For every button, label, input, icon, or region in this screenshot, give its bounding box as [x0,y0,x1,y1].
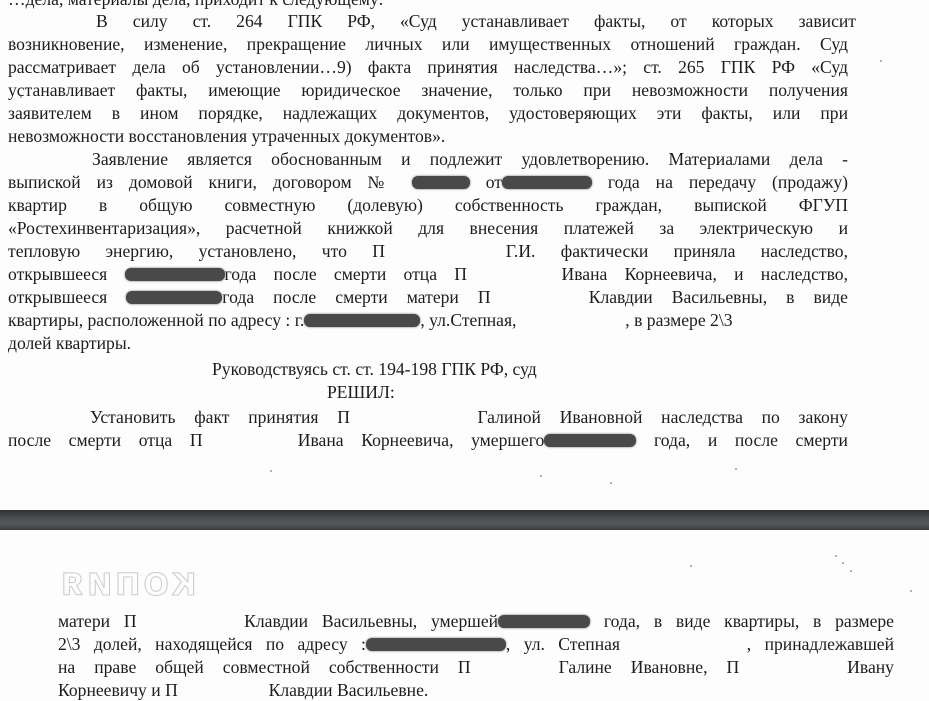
text: после смерти отца П [8,430,203,450]
text: Ивана Корнеевича, и наследство, [562,264,848,284]
text: Галиной Ивановной наследства по закону [477,407,848,427]
paragraph-2-line: квартиры, расположенной по адресу : г., … [8,309,848,331]
text: матери П [58,611,137,631]
redacted-date [126,291,222,304]
paragraph-2-line: долей квартиры. [8,332,848,354]
guided-by-line: Руководствуясь ст. ст. 194-198 ГПК РФ, с… [212,358,612,380]
cutoff-line: …дела, материалы дела, приходит к следую… [8,0,383,10]
paragraph-1-line: рассматривает дела об установлении…9) фа… [8,56,848,78]
document-page-1: …дела, материалы дела, приходит к следую… [0,0,929,510]
decision-line: после смерти отца П Ивана Корнеевича, ум… [8,429,848,451]
redacted-contract-number [412,176,470,189]
paragraph-1-line: устанавливает факты, имеющие юридическое… [8,79,848,101]
text: 2\3 долей, находящейся по адресу : [58,634,366,654]
text: , принадлежавшей [747,634,894,654]
page-separator [0,510,929,530]
text: Клавдии Васильевны, в виде [589,287,848,307]
text: Ивану [847,657,894,677]
paragraph-1-line: заявителем в ином порядке, надлежащих до… [8,102,848,124]
paragraph-2-line: «Ростехинвентаризация», расчетной книжко… [8,217,848,239]
redacted-city [304,314,420,327]
paragraph-1-line: В силу ст. 264 ГПК РФ, «Суд устанавливае… [8,10,856,32]
text: года после смерти матери П [222,287,490,307]
text: , ул.Степная, [420,310,516,330]
redacted-date [502,176,592,189]
page2-line: Корнеевичу и П Клавдии Васильевне. [58,679,894,701]
paragraph-2-line: тепловую энергию, установлено, что П Г.И… [8,240,848,262]
text: Установить факт принятия П [90,407,350,427]
redacted-date [498,615,590,628]
text: от [486,172,502,192]
page2-line: на праве общей совместной собственности … [58,656,894,678]
paragraph-2-line: Заявление является обоснованным и подлеж… [8,148,848,170]
paragraph-2-line: открывшееся года после смерти матери П К… [8,286,848,308]
paragraph-2-line: открывшееся года после смерти отца П Ива… [8,263,848,285]
text: на праве общей совместной собственности … [58,657,471,677]
copy-stamp: КОПИЯ [58,568,196,603]
decision-line: Установить факт принятия П Галиной Ивано… [8,406,848,428]
text: года на передачу (продажу) [608,172,848,192]
paragraph-1-line: невозможности восстановления утраченных … [8,125,848,147]
text: Ивана Корнеевича, умершего [298,430,545,450]
text: тепловую энергию, установлено, что П [8,241,385,261]
text: Г.И. фактически приняла наследство, [506,241,848,261]
text: Корнеевичу и П [58,680,178,700]
text: квартиры, расположенной по адресу : г. [8,310,304,330]
text: выпиской из домовой книги, договором № [8,172,396,192]
page2-line: матери П Клавдии Васильевны, умершей год… [58,610,894,632]
redacted-city [366,638,506,651]
text: , ул. Степная [506,634,620,654]
text: Клавдии Васильевны, умершей [244,611,498,631]
text: Клавдии Васильевне. [269,680,429,700]
text: года после смерти отца П [225,264,468,284]
paragraph-2-line: выпиской из домовой книги, договором № о… [8,171,848,193]
page2-line: 2\3 долей, находящейся по адресу :, ул. … [58,633,894,655]
paragraph-1-line: возникновение, изменение, прекращение ли… [8,33,848,55]
text: , в размере 2\3 [625,310,732,330]
redacted-date [544,434,636,447]
text: года, и после смерти [654,430,848,450]
paragraph-2-line: квартир в общую совместную (долевую) соб… [8,194,848,216]
decided-heading: РЕШИЛ: [327,381,527,403]
text: открывшееся [8,264,107,284]
text: года, в виде квартиры, в размере [604,611,894,631]
redacted-date [125,268,225,281]
text: Галине Ивановне, П [559,657,740,677]
text: открывшееся [8,287,107,307]
